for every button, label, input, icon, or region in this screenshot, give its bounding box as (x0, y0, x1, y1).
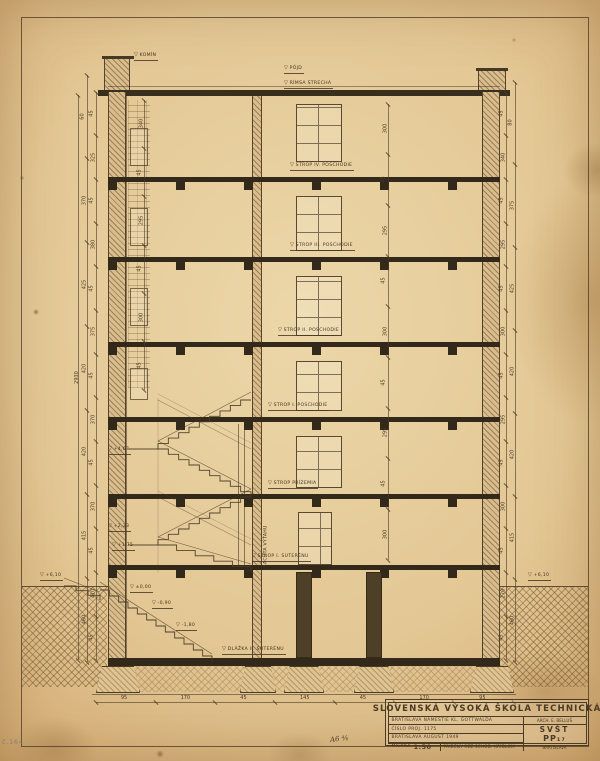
dimension-value: 45 (382, 278, 387, 284)
title-block-bottom-row: MIERKA 1:50 PRIEČNY REZ SCHOD. KRÍDLOM (389, 743, 523, 751)
title-block: SLOVENSKÁ VYSOKÁ ŠKOLA TECHNICKÁ BRATISL… (385, 699, 589, 746)
dimension-value: 425 (510, 284, 515, 294)
dimension-value: 270 (501, 589, 506, 599)
dimension-value: 2930 (75, 371, 80, 384)
dimension-value: 425 (82, 279, 87, 289)
footing (470, 666, 514, 693)
street-level-line-right (500, 586, 588, 587)
dimension-value: 420 (82, 447, 87, 457)
roof-slab (98, 90, 510, 96)
floor-slab (108, 417, 500, 430)
dimension-value: 300 (383, 529, 388, 539)
level-label: STROP III. POSCHODIE (290, 243, 355, 251)
dimension-value: 295 (139, 216, 144, 226)
footing (354, 666, 394, 693)
level-label: STROP I. SUTERÉNU (252, 554, 311, 562)
level-label: +1,75 (112, 543, 135, 551)
architect-name: ARCH. E. BELLUŠ (524, 717, 586, 725)
dimension-value: 45 (500, 460, 505, 466)
basement-floor-slab (108, 658, 500, 666)
title-block-address: BRATISLAVA NÁMESTIE KL. GOTTWALDA (389, 717, 523, 726)
title-block-inner: SLOVENSKÁ VYSOKÁ ŠKOLA TECHNICKÁ BRATISL… (388, 702, 587, 744)
sheet-code: PP₁₇ (543, 734, 566, 743)
dimension-value: 45 (90, 547, 95, 553)
floor-slab (108, 494, 500, 507)
dimension-value: 295 (501, 414, 506, 424)
dimension-value: 420 (82, 363, 87, 373)
dimension-value: 300 (501, 502, 506, 512)
level-label: +2,33 (108, 524, 131, 532)
dimension-value: 45 (382, 480, 387, 486)
dimension-value: 45 (240, 696, 246, 701)
dimension-value: 460 (510, 615, 515, 625)
window (296, 276, 342, 336)
dimension-value: 45 (500, 634, 505, 640)
dimension-value: 45 (500, 110, 505, 116)
level-label: -1,80 (176, 623, 197, 631)
dimension-value: 45 (90, 634, 95, 640)
dimension-value: 370 (91, 502, 96, 512)
dimension-value: 340 (501, 152, 506, 162)
ground-hatch-right (500, 587, 588, 687)
dimension-value: 325 (91, 152, 96, 162)
level-label: DLÁŽKA II. SUTERÉNU (222, 647, 286, 655)
basement-pier (366, 572, 382, 658)
level-label: KOMÍN (134, 53, 158, 61)
dimension-value: 380 (91, 240, 96, 250)
dimension-value: 45 (90, 372, 95, 378)
level-label: RÍMSA STRECHA (284, 81, 333, 89)
dimension-value: 45 (138, 362, 143, 368)
scale-cell: MIERKA 1:50 (389, 743, 441, 751)
level-label: +4,67 (108, 447, 131, 455)
dimension-value: 370 (82, 196, 87, 206)
title-block-city: BRATISLAVA (524, 744, 586, 751)
dimension-value: 300 (139, 312, 144, 322)
scale-label: MIERKA (392, 744, 411, 749)
title-block-right-column: ARCH. E. BELLUŠ SVŠT PP₁₇ BRATISLAVA (524, 717, 586, 751)
basement-pier (296, 572, 312, 658)
scale-value: 1:50 (414, 743, 432, 751)
dimension-value: 45 (90, 110, 95, 116)
dimension-value: 45 (500, 372, 505, 378)
floor-slab (108, 342, 500, 355)
level-label: -0,90 (152, 601, 173, 609)
drawing-sheet: PÔJDRÍMSA STRECHAKOMÍNSTROP IV. POSCHODI… (0, 0, 600, 761)
level-label: ŠACHTA VÝŤAHU (265, 525, 270, 567)
chimney (104, 59, 130, 92)
window (296, 104, 342, 162)
dimension-value: 300 (383, 327, 388, 337)
dimension-value: 295 (383, 428, 388, 438)
footing (96, 666, 140, 693)
level-label: STROP II. POSCHODIE (278, 328, 341, 336)
title-block-project-number: ČÍSLO PROJ. 1175 (389, 725, 523, 734)
level-label: STROP IV. POSCHODIE (290, 163, 354, 171)
level-label: STROP I. POSCHODIE (268, 403, 329, 411)
dimension-value: 95 (121, 696, 127, 701)
dimension-value: 45 (138, 265, 143, 271)
dimension-value: 340 (139, 119, 144, 129)
level-label: ±0,00 (130, 585, 153, 593)
dimension-value: 145 (300, 696, 310, 701)
org-cell: SVŠT PP₁₇ (524, 725, 586, 744)
title-block-school-name: SLOVENSKÁ VYSOKÁ ŠKOLA TECHNICKÁ (389, 703, 586, 717)
dimension-value: 375 (91, 327, 96, 337)
dimension-value: 45 (138, 169, 143, 175)
dimension-value: 420 (510, 367, 515, 377)
stairwell-window (130, 128, 148, 166)
org-abbreviation: SVŠT (540, 725, 570, 734)
dimension-value: 300 (501, 327, 506, 337)
dimension-value: 375 (510, 201, 515, 211)
dimension-value: 295 (383, 225, 388, 235)
footing (284, 666, 324, 693)
dimension-value: 420 (510, 450, 515, 460)
drawing-title: PRIEČNY REZ SCHOD. KRÍDLOM (441, 744, 523, 749)
floor-slab (108, 177, 500, 190)
dimension-value: 370 (91, 414, 96, 424)
title-block-body: BRATISLAVA NÁMESTIE KL. GOTTWALDA ČÍSLO … (389, 717, 586, 751)
dimension-value: 300 (383, 124, 388, 134)
dimension-value: 45 (90, 285, 95, 291)
dimension-value: 45 (360, 696, 366, 701)
level-label: PÔJD (284, 66, 304, 74)
dimension-value: 45 (90, 460, 95, 466)
dimension-value: 295 (501, 240, 506, 250)
dimension-value: 45 (382, 379, 387, 385)
dimension-value: 45 (382, 176, 387, 182)
level-label: +6,10 (40, 573, 63, 581)
footing (240, 666, 276, 693)
dimension-value: 410 (91, 589, 96, 599)
dimension-value: 60 (81, 113, 86, 119)
dimension-value: 45 (500, 547, 505, 553)
dimension-value: 45 (500, 198, 505, 204)
level-label: +6,10 (528, 573, 551, 581)
dimension-value: 45 (500, 285, 505, 291)
parapet-right (478, 71, 506, 92)
dimension-value: 460 (82, 615, 87, 625)
dimension-value: 45 (90, 198, 95, 204)
stairwell-window (130, 368, 148, 400)
level-label: STROP PRÍZEMIA (268, 481, 318, 489)
title-block-place-date: BRATISLAVA AUGUST 1949 (389, 734, 523, 743)
title-block-left-column: BRATISLAVA NÁMESTIE KL. GOTTWALDA ČÍSLO … (389, 717, 524, 751)
stairwell-window (130, 208, 148, 246)
dimension-value: 415 (82, 531, 87, 541)
floor-slab (108, 257, 500, 270)
dimension-value: 415 (510, 532, 515, 542)
dimension-value: 170 (181, 696, 191, 701)
corner-stamp: č.164 (2, 739, 24, 746)
dimension-value: 80 (509, 120, 514, 126)
